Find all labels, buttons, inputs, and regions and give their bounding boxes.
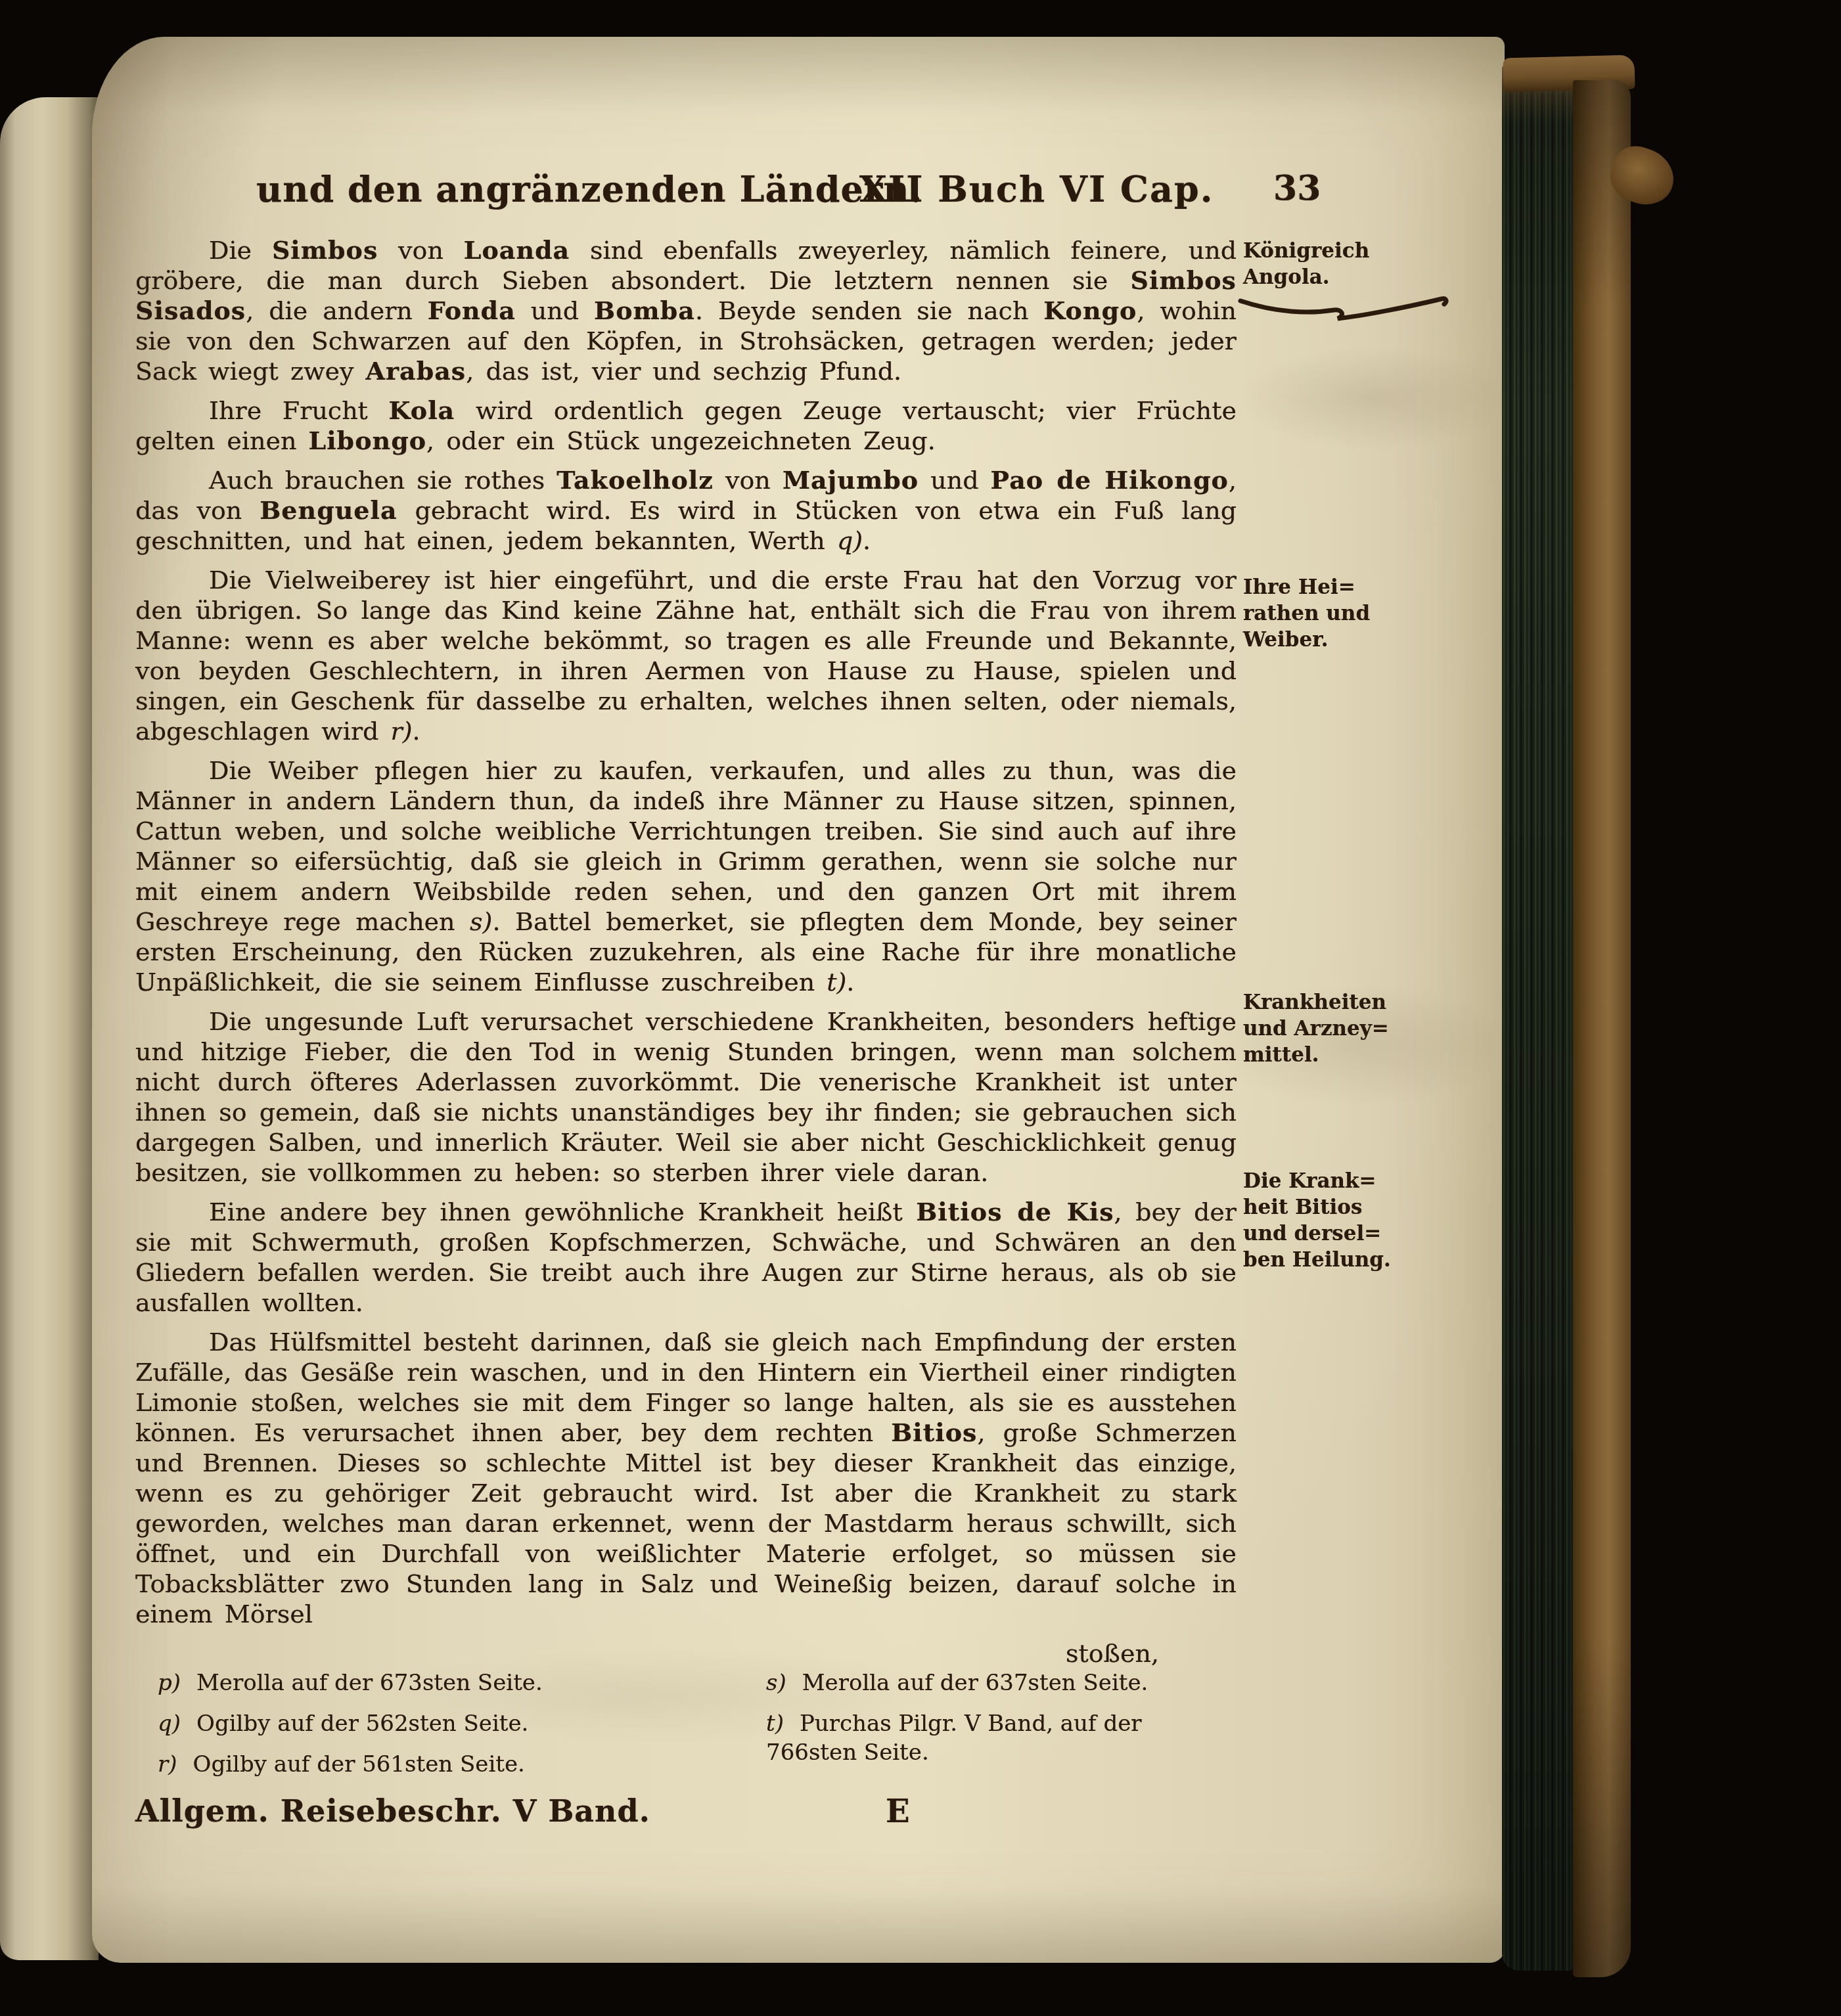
- margin-note-text: Ihre Hei=rathen undWeiber.: [1243, 574, 1506, 653]
- chapter-heading: XII Buch VI Cap.: [859, 168, 1214, 210]
- paragraph-bitios: Eine andere bey ihnen gewöhnliche Krankh…: [135, 1197, 1237, 1318]
- footnote-label: p): [158, 1670, 181, 1696]
- photo-background: { "palette": { "background": "#090604", …: [0, 0, 1841, 2016]
- paragraph-takoelholz: Auch brauchen sie rothes Takoelholz von …: [135, 465, 1237, 556]
- margin-note-heirathen-weiber: Ihre Hei=rathen undWeiber.: [1243, 574, 1506, 653]
- paragraph-weiber: Die Weiber pflegen hier zu kaufen, verka…: [135, 755, 1237, 997]
- paragraph-simbos: Die Simbos von Loanda sind ebenfalls zwe…: [135, 235, 1237, 386]
- paragraph-huelfsmittel: Das Hülfsmittel besteht darinnen, daß si…: [135, 1327, 1237, 1629]
- signature-mark: E: [886, 1793, 910, 1830]
- margin-note-krankheit-bitios-heilung: Die Krank=heit Bitiosund dersel=ben Heil…: [1243, 1168, 1506, 1273]
- footnote-label: s): [766, 1670, 786, 1696]
- margin-note-text: KönigreichAngola.: [1243, 238, 1506, 290]
- footnote-label: q): [158, 1711, 181, 1737]
- running-title: und den angränzenden Ländern.: [256, 168, 922, 210]
- footnotes-block: p)Merolla auf der 673sten Seite. q)Ogilb…: [135, 1669, 1237, 1791]
- footnote-t: t)Purchas Pilgr. V Band, auf der 766sten…: [766, 1709, 1237, 1767]
- footnote-q: q)Ogilby auf der 562sten Seite.: [158, 1709, 683, 1738]
- footnote-text: Ogilby auf der 561sten Seite.: [193, 1751, 525, 1778]
- ink-bleed-ghost: [1235, 346, 1511, 451]
- margin-note-text: Die Krank=heit Bitiosund dersel=ben Heil…: [1243, 1168, 1506, 1273]
- paragraph-vielweiberey: Die Vielweiberey ist hier eingeführt, un…: [135, 565, 1237, 746]
- margin-brace-decoration: [1237, 294, 1453, 323]
- footnote-r: r)Ogilby auf der 561sten Seite.: [158, 1750, 683, 1779]
- page-number: 33: [1273, 168, 1321, 208]
- catchword: stoßen,: [135, 1638, 1237, 1669]
- footnote-text: Purchas Pilgr. V Band, auf der 766sten S…: [766, 1711, 1142, 1766]
- book-page: und den angränzenden Ländern. XII Buch V…: [92, 37, 1505, 1963]
- paragraph-kola: Ihre Frucht Kola wird ordentlich gegen Z…: [135, 395, 1237, 456]
- footnote-text: Merolla auf der 637sten Seite.: [802, 1670, 1148, 1696]
- footnote-s: s)Merolla auf der 637sten Seite.: [766, 1669, 1237, 1697]
- footnote-text: Ogilby auf der 562sten Seite.: [196, 1711, 528, 1737]
- paragraph-krankheiten: Die ungesunde Luft verursachet verschied…: [135, 1006, 1237, 1188]
- footnote-p: p)Merolla auf der 673sten Seite.: [158, 1669, 683, 1697]
- page-header: und den angränzenden Ländern. XII Buch V…: [92, 168, 1505, 214]
- footnote-label: t): [766, 1711, 784, 1737]
- volume-line: Allgem. Reisebeschr. V Band.: [135, 1793, 650, 1829]
- margin-note-koenigreich-angola: KönigreichAngola.: [1243, 238, 1506, 323]
- margin-note-krankheiten-arzneymittel: Krankheitenund Arzney=mittel.: [1243, 989, 1506, 1068]
- footnote-text: Merolla auf der 673sten Seite.: [196, 1670, 543, 1696]
- book-cover-edge: [1573, 80, 1631, 1977]
- book-fore-edge: [1502, 66, 1576, 1971]
- footnotes-right-column: s)Merolla auf der 637sten Seite. t)Purch…: [766, 1669, 1237, 1791]
- footnote-label: r): [158, 1751, 177, 1778]
- page-footer: Allgem. Reisebeschr. V Band. E: [135, 1793, 1237, 1839]
- footnotes-left-column: p)Merolla auf der 673sten Seite. q)Ogilb…: [158, 1669, 683, 1791]
- facing-page-edge: [0, 97, 99, 1960]
- main-text-column: Die Simbos von Loanda sind ebenfalls zwe…: [135, 235, 1237, 1669]
- margin-note-text: Krankheitenund Arzney=mittel.: [1243, 989, 1506, 1068]
